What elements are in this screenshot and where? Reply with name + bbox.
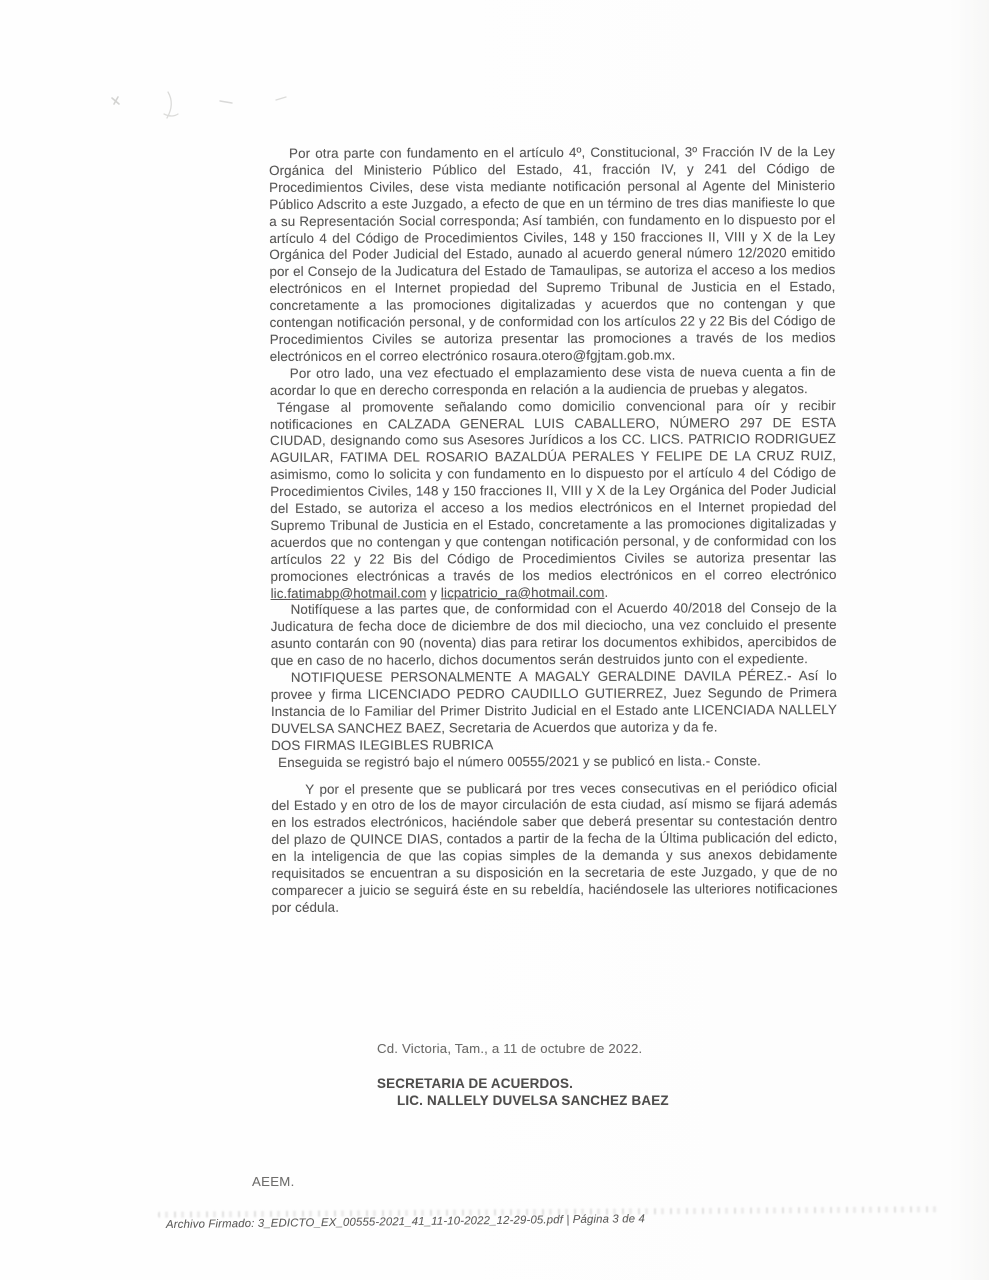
paragraph-notifiquese-personalmente: NOTIFIQUESE PERSONALMENTE A MAGALY GERAL… (271, 668, 837, 738)
paragraph-text: y (426, 585, 440, 600)
document-body: Por otra parte con fundamento en el artí… (269, 144, 838, 917)
paragraph-acuerdo-40-2018: Notifíquese a las partes que, de conform… (271, 600, 837, 670)
pencil-marks (98, 70, 308, 132)
clerk-initials: AEEM. (252, 1174, 295, 1189)
scanned-document-page: Por otra parte con fundamento en el artí… (0, 0, 989, 1280)
signature-title: SECRETARIA DE ACUERDOS. (377, 1075, 669, 1092)
paragraph-text: . (604, 584, 608, 599)
signature-name: LIC. NALLELY DUVELSA SANCHEZ BAEZ (397, 1092, 669, 1109)
paragraph-emplazamiento: Por otro lado, una vez efectuado el empl… (270, 364, 836, 400)
paragraph-text: Téngase al promovente señalando como dom… (270, 398, 837, 584)
signature-block: SECRETARIA DE ACUERDOS. LIC. NALLELY DUV… (377, 1075, 669, 1109)
paragraph-fundamento-articulo4: Por otra parte con fundamento en el artí… (269, 144, 836, 366)
paragraph-registro-numero: Enseguida se registró bajo el número 005… (271, 753, 837, 772)
paragraph-dos-firmas: DOS FIRMAS ILEGIBLES RUBRICA (271, 736, 837, 755)
email-address-patricio: licpatricio_ra@hotmail.com (441, 584, 605, 600)
paragraph-domicilio-convencional: Téngase al promovente señalando como dom… (270, 398, 837, 603)
date-line: Cd. Victoria, Tam., a 11 de octubre de 2… (377, 1041, 642, 1056)
email-address-fatima: lic.fatimabp@hotmail.com (271, 585, 427, 601)
paragraph-publicacion-edicto: Y por el presente que se publicará por t… (271, 780, 837, 917)
